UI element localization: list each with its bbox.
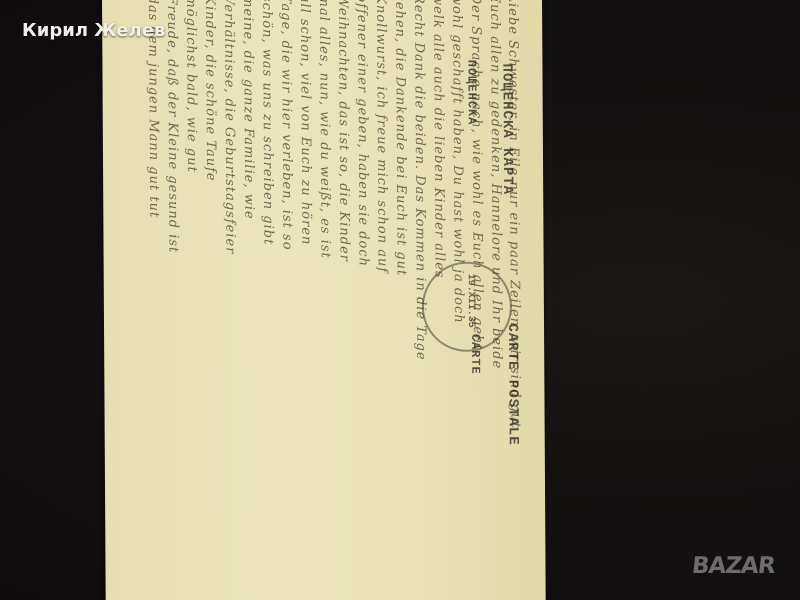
printed-header-text: ПОЩЕНСКА: [464, 60, 478, 126]
handwriting-line: sehen, die Dankende bei Euch ist gut: [393, 0, 411, 600]
handwriting-line: möglichst bald, wie gut: [184, 0, 202, 600]
seller-watermark: Кирил Желев: [22, 20, 165, 41]
handwriting-line: Knollwurst, ich freue mich schon auf: [374, 0, 392, 600]
handwriting-line: Tage, die wir hier verleben, ist so: [279, 0, 297, 600]
printed-header-text: ПОЩЕНСКА КАРТА: [498, 63, 515, 195]
handwriting-line: offener einer geben, haben sie doch: [355, 0, 373, 600]
handwriting-line: mal alles, nun, wie du weißt, es ist: [317, 0, 335, 600]
postcard: Liebe Schwester, in Eile nur ein paar Ze…: [102, 0, 546, 600]
printed-header-text: CARTE POSTALE: [504, 323, 521, 445]
handwriting-line: all schon, viel von Euch zu hören: [298, 0, 316, 600]
handwriting-line: Verhältnisse, die Geburtstagsfeier: [222, 0, 240, 600]
handwriting-line: das dem jungen Mann gut tut: [146, 0, 164, 600]
handwriting-line: Weihnachten, das ist so, die Kinder: [336, 0, 354, 600]
postmark-stamp: 19.XII.35: [422, 262, 513, 353]
handwriting-line: Freude, daß der Kleine gesund ist: [165, 0, 183, 600]
handwriting-line: Kinder, die schöne Taufe: [203, 0, 221, 600]
handwriting-line: meine, die ganze Familie, wie: [241, 0, 259, 600]
postmark-date: 19.XII.35: [452, 274, 476, 338]
handwriting-line: schön, was uns zu schreiben gibt: [260, 0, 278, 600]
bazar-logo-watermark: BAZAR: [691, 553, 776, 579]
